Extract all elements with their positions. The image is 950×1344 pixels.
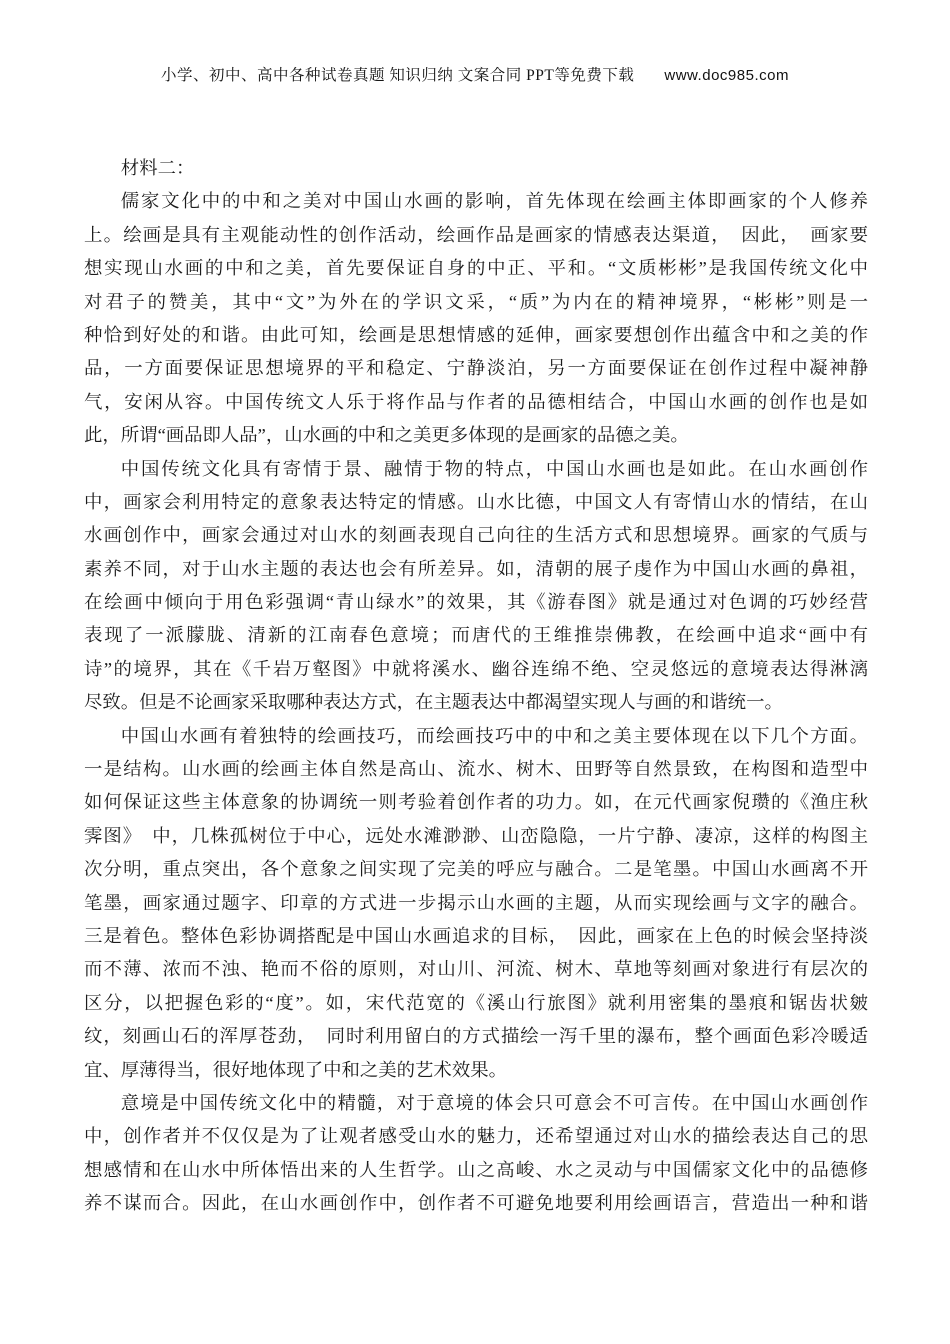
text-line: 霁图》 中，几株孤树位于中心，远处水滩渺渺、山峦隐隐，一片宁静、凄凉，这样的构图… xyxy=(84,820,868,853)
text-line: 中，创作者并不仅仅是为了让观者感受山水的魅力，还希望通过对山水的描绘表达自己的思 xyxy=(84,1120,868,1153)
header-tagline: 小学、初中、高中各种试卷真题 知识归纳 文案合同 PPT等免费下载 xyxy=(161,63,634,85)
text-line: 一是结构。山水画的绘画主体自然是高山、流水、树木、田野等自然景致，在构图和造型中 xyxy=(84,753,868,786)
text-line: 种恰到好处的和谐。由此可知，绘画是思想情感的延伸，画家要想创作出蕴含中和之美的作 xyxy=(84,319,868,352)
paragraph: 材料二： xyxy=(84,152,868,185)
text-line: 纹，刻画山石的浑厚苍劲， 同时利用留白的方式描绘一泻千里的瀑布，整个画面色彩冷暖… xyxy=(84,1020,868,1053)
text-line: 如何保证这些主体意象的协调统一则考验着创作者的功力。如，在元代画家倪瓒的《渔庄秋 xyxy=(84,786,868,819)
document-body: 材料二：儒家文化中的中和之美对中国山水画的影响，首先体现在绘画主体即画家的个人修… xyxy=(84,152,868,1221)
text-line: 次分明，重点突出，各个意象之间实现了完美的呼应与融合。二是笔墨。中国山水画离不开 xyxy=(84,853,868,886)
text-line: 中国传统文化具有寄情于景、融情于物的特点，中国山水画也是如此。在山水画创作 xyxy=(84,453,868,486)
paragraph: 意境是中国传统文化中的精髓，对于意境的体会只可意会不可言传。在中国山水画创作中，… xyxy=(84,1087,868,1221)
text-line: 想实现山水画的中和之美，首先要保证自身的中正、平和。“文质彬彬”是我国传统文化中 xyxy=(84,252,868,285)
text-line: 宜、厚薄得当，很好地体现了中和之美的艺术效果。 xyxy=(84,1054,868,1087)
text-line: 儒家文化中的中和之美对中国山水画的影响，首先体现在绘画主体即画家的个人修养 xyxy=(84,185,868,218)
page: { "page": { "background": "#ffffff", "te… xyxy=(0,0,950,1344)
text-line: 素养不同，对于山水主题的表达也会有所差异。如，清朝的展子虔作为中国山水画的鼻祖， xyxy=(84,553,868,586)
text-line: 诗”的境界，其在《千岩万壑图》中就将溪水、幽谷连绵不绝、空灵悠远的意境表达得淋漓 xyxy=(84,653,868,686)
paragraph: 中国传统文化具有寄情于景、融情于物的特点，中国山水画也是如此。在山水画创作中，画… xyxy=(84,453,868,720)
text-line: 区分，以把握色彩的“度”。如，宋代范宽的《溪山行旅图》就利用密集的墨痕和锯齿状皴 xyxy=(84,987,868,1020)
text-line: 对君子的赞美，其中“文”为外在的学识文采，“质”为内在的精神境界，“彬彬”则是一 xyxy=(84,286,868,319)
text-line: 想感情和在山水中所体悟出来的人生哲学。山之高峻、水之灵动与中国儒家文化中的品德修 xyxy=(84,1154,868,1187)
paragraph: 儒家文化中的中和之美对中国山水画的影响，首先体现在绘画主体即画家的个人修养上。绘… xyxy=(84,185,868,452)
text-line: 三是着色。整体色彩协调搭配是中国山水画追求的目标， 因此，画家在上色的时候会坚持… xyxy=(84,920,868,953)
text-line: 在绘画中倾向于用色彩强调“青山绿水”的效果，其《游春图》就是通过对色调的巧妙经营 xyxy=(84,586,868,619)
page-header: 小学、初中、高中各种试卷真题 知识归纳 文案合同 PPT等免费下载 www.do… xyxy=(0,63,950,85)
text-line: 而不薄、浓而不浊、艳而不俗的原则，对山川、河流、树木、草地等刻画对象进行有层次的 xyxy=(84,953,868,986)
text-line: 上。绘画是具有主观能动性的创作活动，绘画作品是画家的情感表达渠道， 因此， 画家… xyxy=(84,219,868,252)
text-line: 材料二： xyxy=(84,152,868,185)
header-site-link[interactable]: www.doc985.com xyxy=(664,67,789,84)
text-line: 品，一方面要保证思想境界的平和稳定、宁静淡泊，另一方面要保证在创作过程中凝神静 xyxy=(84,352,868,385)
text-line: 中国山水画有着独特的绘画技巧，而绘画技巧中的中和之美主要体现在以下几个方面。 xyxy=(84,720,868,753)
text-line: 意境是中国传统文化中的精髓，对于意境的体会只可意会不可言传。在中国山水画创作 xyxy=(84,1087,868,1120)
paragraph: 中国山水画有着独特的绘画技巧，而绘画技巧中的中和之美主要体现在以下几个方面。一是… xyxy=(84,720,868,1087)
text-line: 中，画家会利用特定的意象表达特定的情感。山水比德，中国文人有寄情山水的情结，在山 xyxy=(84,486,868,519)
text-line: 尽致。但是不论画家采取哪种表达方式，在主题表达中都渴望实现人与画的和谐统一。 xyxy=(84,686,868,719)
text-line: 气，安闲从容。中国传统文人乐于将作品与作者的品德相结合，中国山水画的创作也是如 xyxy=(84,386,868,419)
text-line: 养不谋而合。因此，在山水画创作中，创作者不可避免地要利用绘画语言，营造出一种和谐 xyxy=(84,1187,868,1220)
text-line: 水画创作中，画家会通过对山水的刻画表现自己向往的生活方式和思想境界。画家的气质与 xyxy=(84,519,868,552)
text-line: 笔墨，画家通过题字、印章的方式进一步揭示山水画的主题，从而实现绘画与文字的融合。 xyxy=(84,887,868,920)
text-line: 表现了一派朦胧、清新的江南春色意境；而唐代的王维推崇佛教，在绘画中追求“画中有 xyxy=(84,619,868,652)
text-line: 此，所谓“画品即人品”，山水画的中和之美更多体现的是画家的品德之美。 xyxy=(84,419,868,452)
